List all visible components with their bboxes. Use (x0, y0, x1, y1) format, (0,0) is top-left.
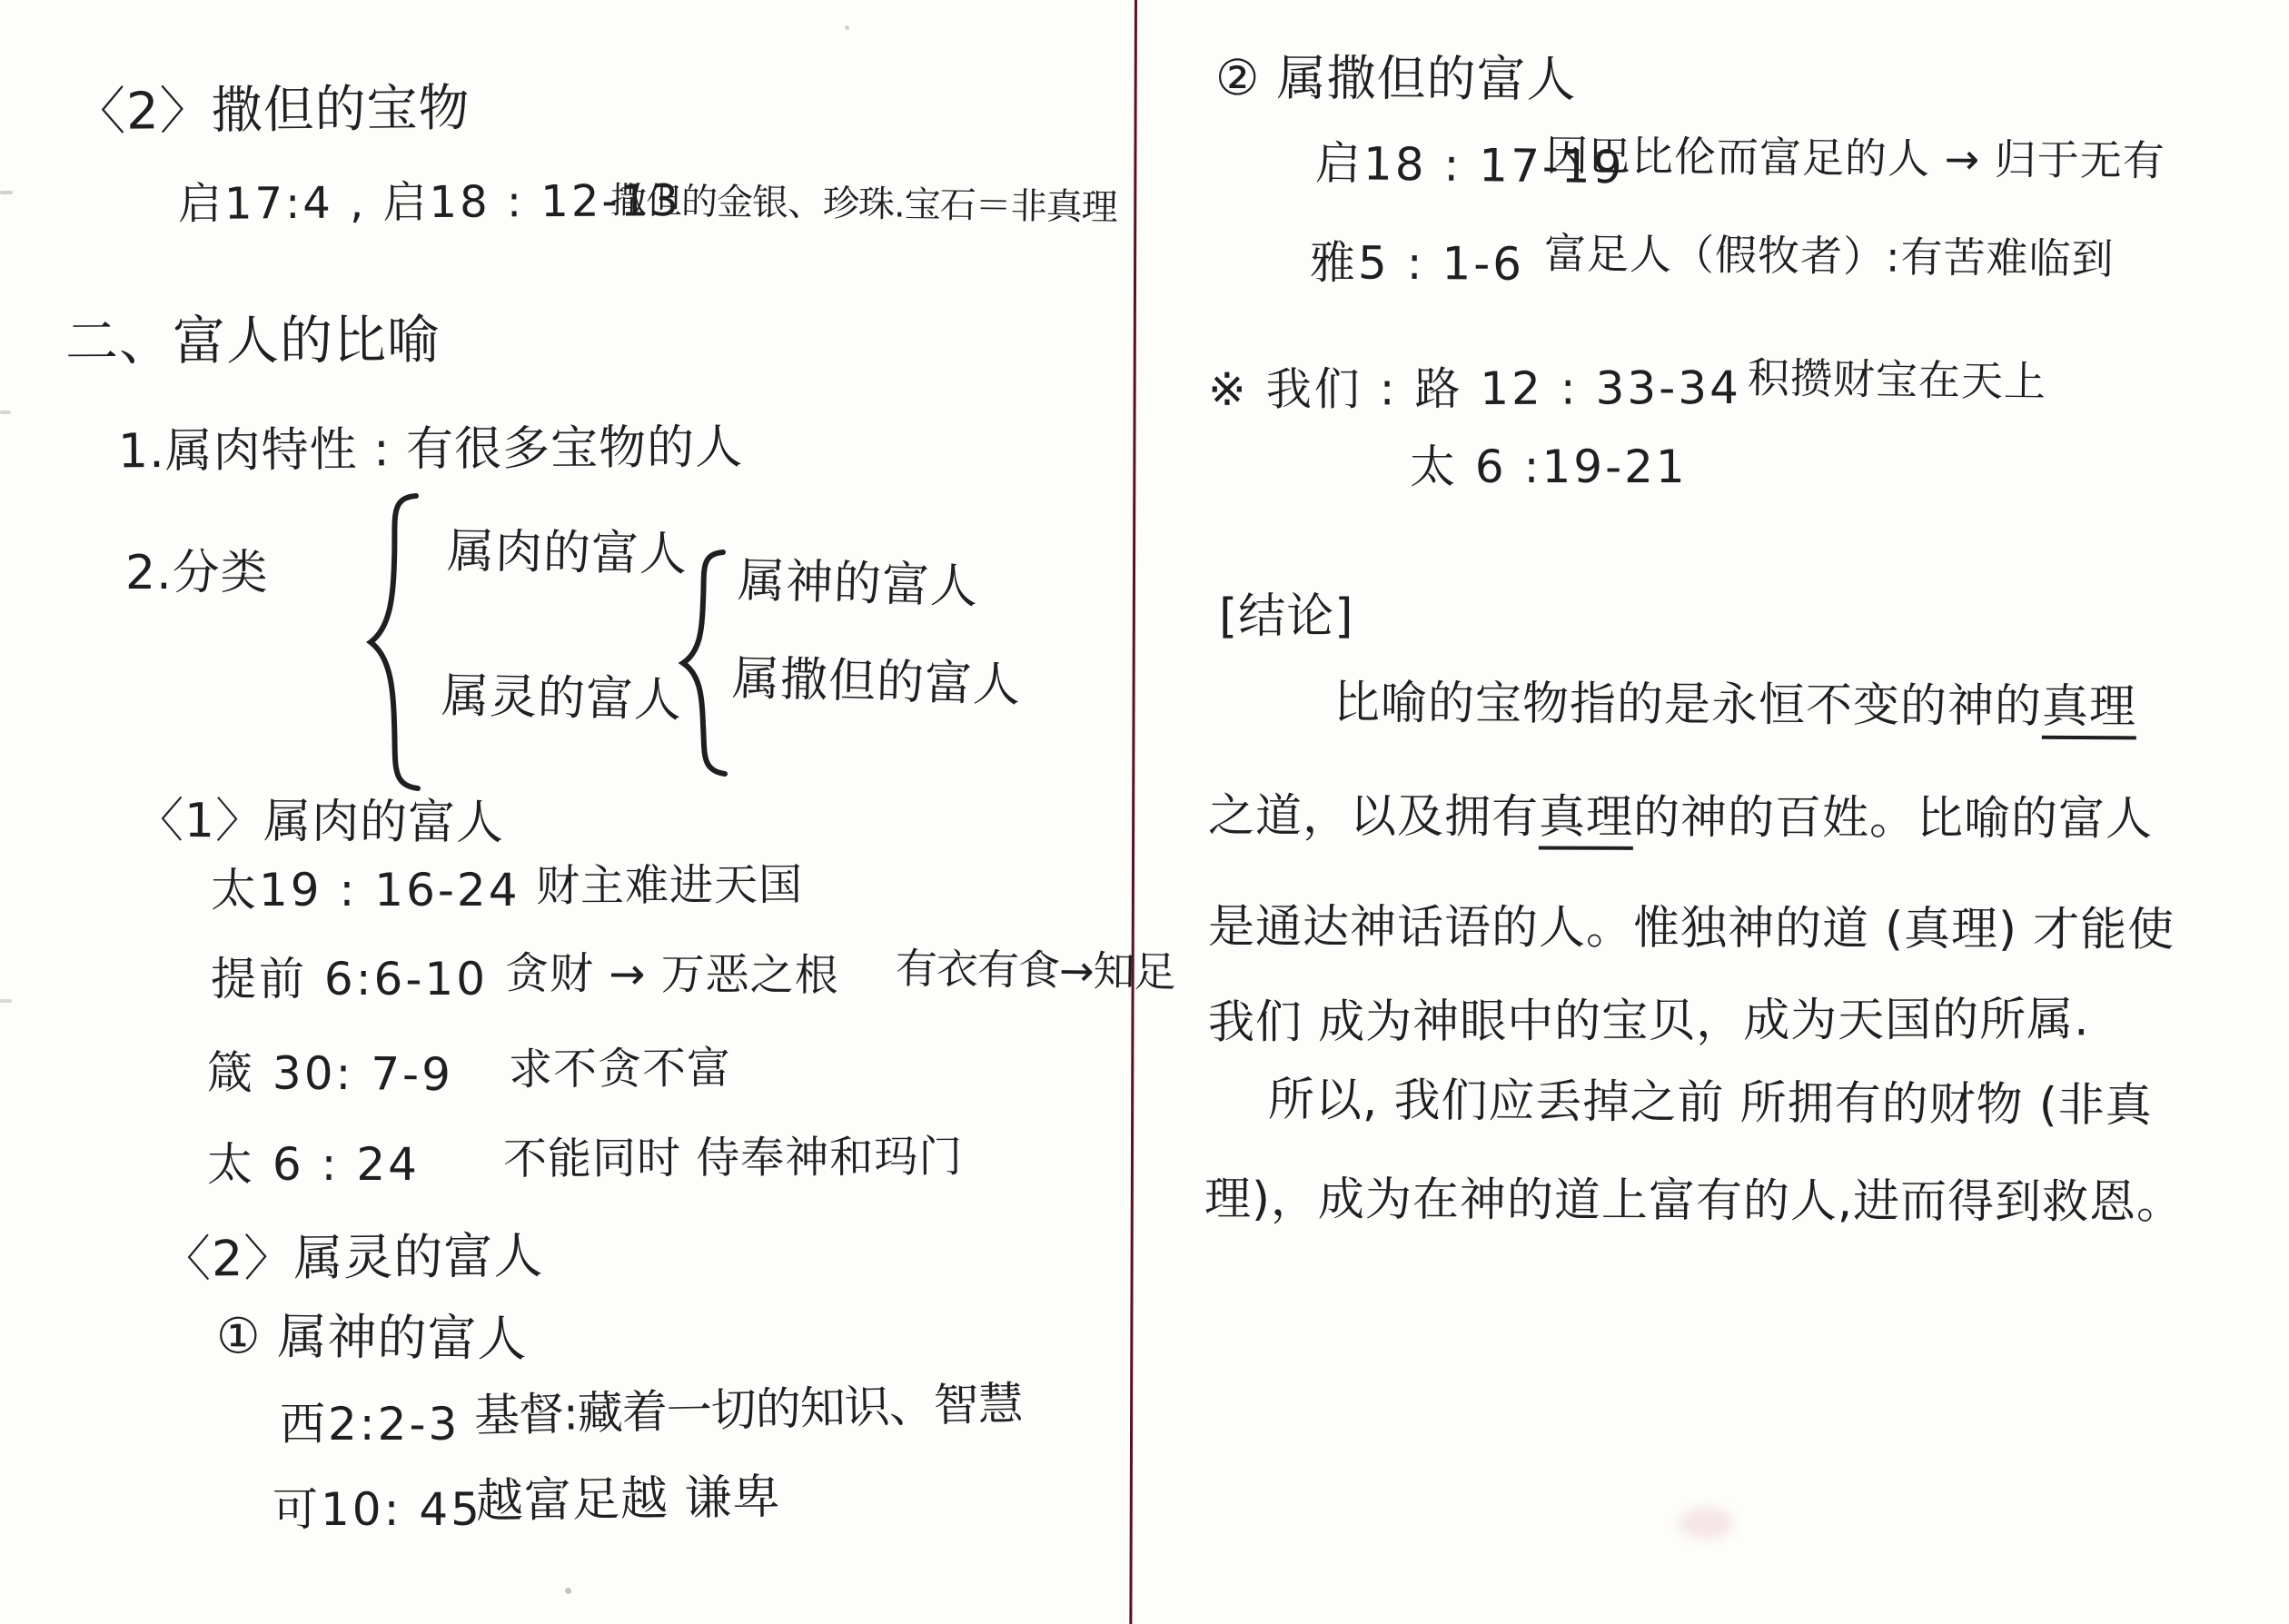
paper-speck (565, 1588, 571, 1594)
right-us-note: 积攒财宝在天上 (1748, 354, 2047, 406)
scripture-note: 因巴比伦而富足的人 → 归于无有 (1546, 132, 2165, 185)
conclusion-line-3: 是通达神话语的人。惟独神的道 (真理) 才能使 (1208, 901, 2175, 957)
scripture-ref: 雅5 : 1-6 (1310, 237, 1525, 291)
scripture-ref: 太19 : 16-24 (211, 865, 520, 917)
class-spirit: 属灵的富人 (441, 669, 682, 728)
conclusion-line-2-text: 之道，以及拥有 (1208, 789, 1539, 844)
conclusion-line-2: 之道，以及拥有真理的神的百姓。比喻的富人 (1208, 790, 2153, 847)
paper-speck (845, 25, 849, 30)
notebook-scan: 〈2〉撒但的宝物 启17:4 , 启18 : 12-13 撒但的金银、珍珠.宝石… (0, 0, 2289, 1624)
conclusion-line-1-emphasis: 真理 (2042, 680, 2136, 740)
class-satan: 属撒但的富人 (731, 652, 1021, 714)
left-sec2-refs: 启17:4 , 启18 : 12-13 (178, 176, 681, 230)
scripture-note: 越富足越 谦卑 (476, 1471, 781, 1530)
conclusion-line-2-text-after: 的神的百姓。比喻的富人 (1633, 791, 2153, 847)
margin-mark (0, 411, 11, 414)
scripture-note: 财主难进天国 (536, 860, 803, 912)
scripture-note-2: 有衣有食→知足 (896, 945, 1175, 996)
right-us-ref: ※ 我们 : 路 12 : 33-34 (1208, 362, 1741, 417)
scripture-ref: 可10: 45 (272, 1484, 482, 1537)
page-divider (1129, 0, 1137, 1624)
scripture-note: 求不贪不富 (509, 1044, 731, 1095)
scripture-ref: 太 6 : 24 (207, 1139, 420, 1192)
class-god: 属神的富人 (737, 554, 979, 615)
conclusion-line-5: 所以, 我们应丢掉之前 所拥有的财物 (非真 (1268, 1074, 2153, 1134)
conclusion-line-2-emphasis: 真理 (1539, 790, 1633, 849)
left-point2: 2.分类 (125, 547, 269, 601)
left-sec2-note: 撒但的金银、珍珠.宝石＝非真理 (610, 180, 1117, 229)
scripture-note: 基督:藏着一切的知识、智慧 (473, 1378, 1023, 1442)
right-us-ref2: 太 6 :19-21 (1410, 441, 1688, 494)
conclusion-line-6: 理)，成为在神的道上富有的人,进而得到救恩。 (1204, 1173, 2184, 1230)
margin-mark (0, 191, 13, 194)
conclusion-line-4: 我们 成为神眼中的宝贝，成为天国的所属. (1208, 994, 2090, 1050)
scripture-ref: 提前 6:6-10 (211, 954, 488, 1006)
left-sec2-title: 〈2〉撒但的宝物 (74, 80, 471, 143)
scripture-ref: 箴 30: 7-9 (207, 1047, 453, 1102)
conclusion-title: [结论] (1219, 590, 1354, 645)
classification-brace-outer (362, 492, 425, 792)
left-sub2-sub1-title: ① 属神的富人 (216, 1308, 528, 1368)
scripture-note: 贪财 → 万恶之根 (505, 949, 839, 1002)
classification-brace-inner (676, 549, 730, 777)
margin-mark (0, 999, 12, 1003)
left-point1: 1.属肉特性 : 有很多宝物的人 (118, 421, 744, 480)
scripture-note: 富足人（假牧者）:有苦难临到 (1544, 230, 2115, 283)
conclusion-line-1-text: 比喻的宝物指的是永恒不变的神的 (1333, 677, 2042, 734)
right-title: ② 属撒但的富人 (1215, 50, 1577, 108)
left-sub2-title: 〈2〉属灵的富人 (162, 1228, 544, 1288)
scripture-ref: 西2:2-3 (280, 1399, 460, 1451)
class-flesh: 属肉的富人 (447, 525, 689, 582)
conclusion-line-1: 比喻的宝物指的是永恒不变的神的真理 (1333, 678, 2136, 735)
left-sub1-title: 〈1〉属肉的富人 (136, 795, 505, 852)
left-main-title: 二、富人的比喻 (65, 310, 441, 372)
scripture-note: 不能同时 侍奉神和玛门 (503, 1133, 964, 1185)
paper-smudge (1679, 1508, 1733, 1539)
